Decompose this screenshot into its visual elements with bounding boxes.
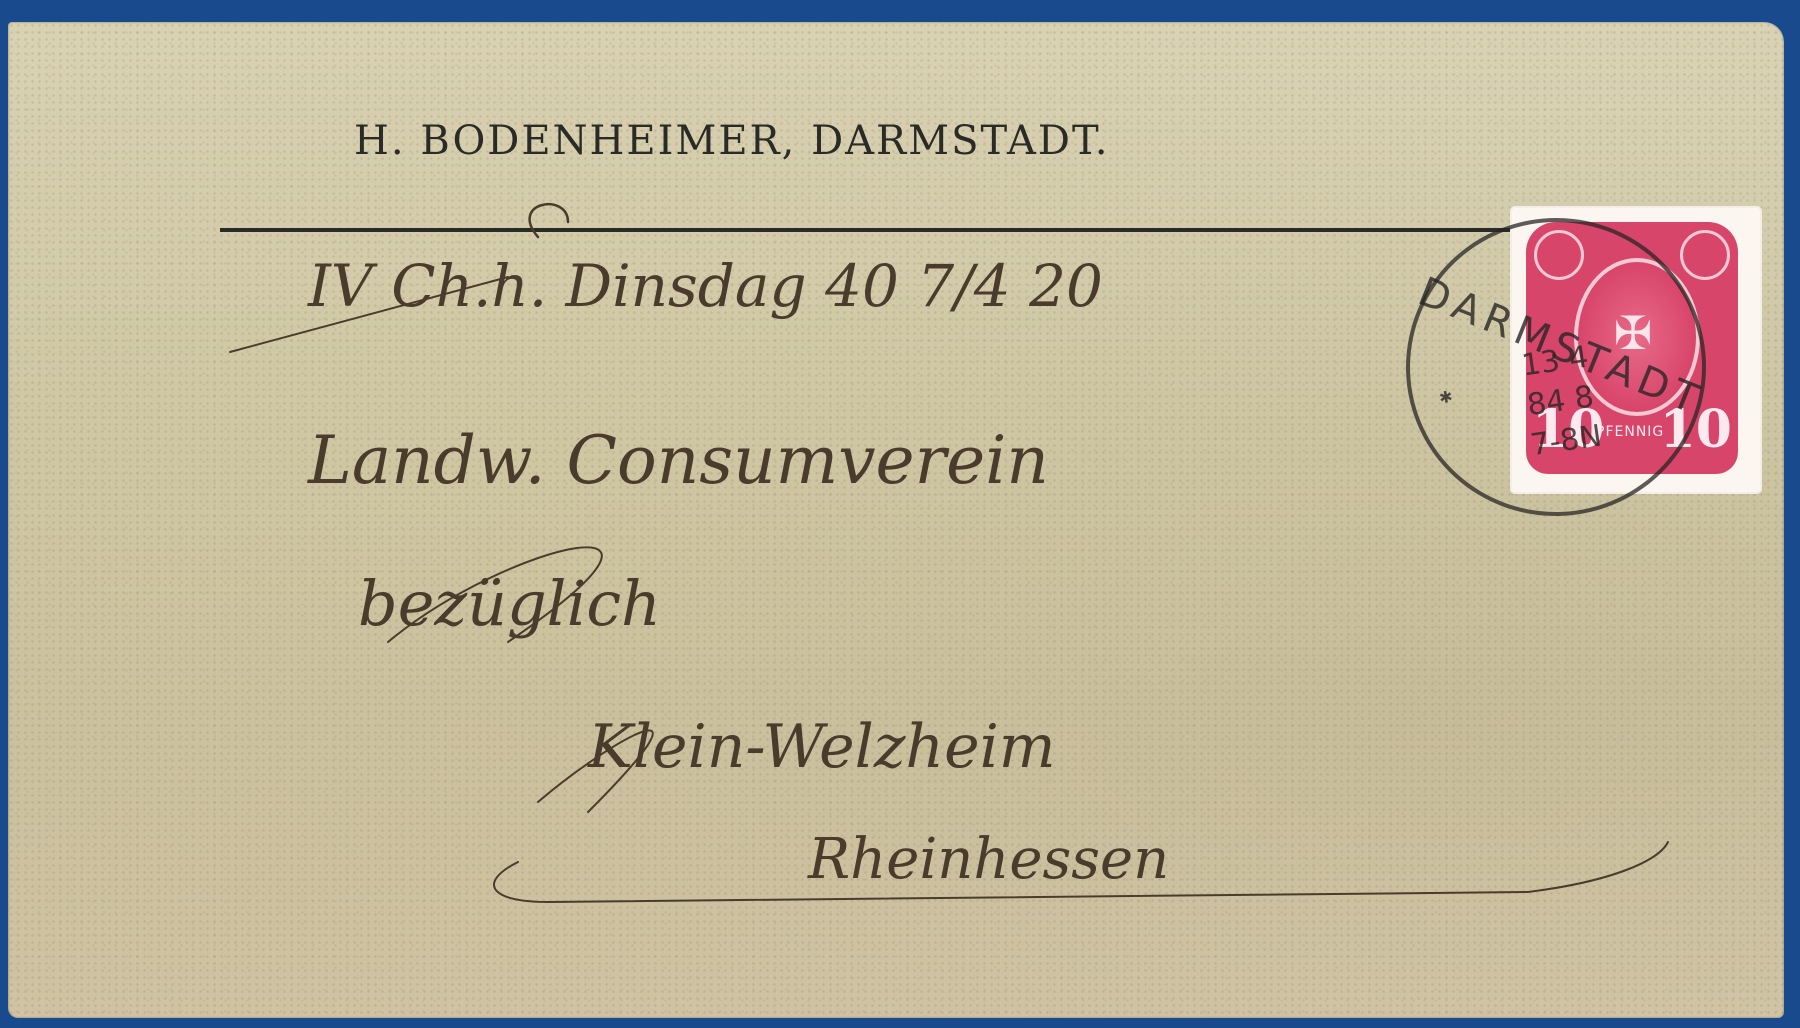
handwriting-line-3: bezüglich bbox=[358, 567, 661, 640]
handwriting-line-2: Landw. Consumverein bbox=[308, 422, 1049, 499]
stamp-rosette-icon bbox=[1680, 230, 1730, 280]
star-icon: ✱ bbox=[1438, 387, 1454, 408]
envelope: H. BODENHEIMER, DARMSTADT. IV Ch.h. Dins… bbox=[8, 22, 1784, 1018]
handwriting-line-4: Klein-Welzheim bbox=[588, 712, 1056, 782]
handwriting-line-5: Rheinhessen bbox=[808, 827, 1169, 892]
handwriting-line-1: IV Ch.h. Dinsdag 40 7/4 20 bbox=[308, 252, 1103, 320]
